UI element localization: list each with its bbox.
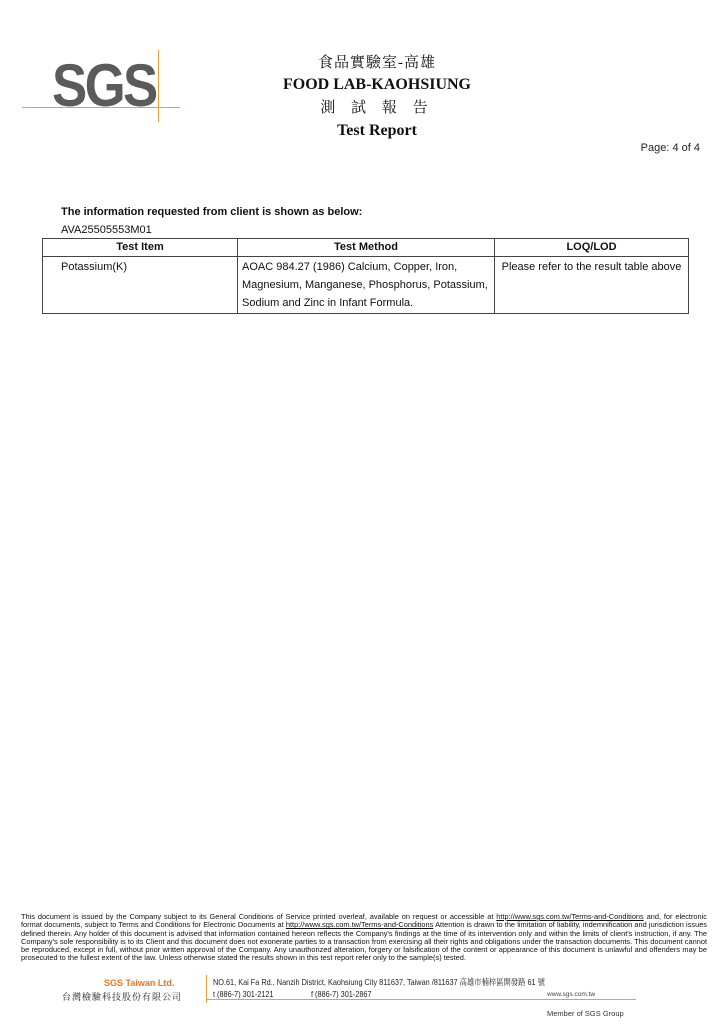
company-name-en: SGS Taiwan Ltd. — [104, 978, 174, 988]
company-name-cn: 台灣檢驗科技股份有限公司 — [62, 990, 182, 1003]
reference-number: AVA25505553M01 — [61, 224, 152, 236]
cell-loq-lod: Please refer to the result table above — [495, 257, 689, 314]
header-test-item: Test Item — [43, 239, 238, 257]
cell-test-method: AOAC 984.27 (1986) Calcium, Copper, Iron… — [238, 257, 495, 314]
report-header: 食品實驗室-高雄 FOOD LAB-KAOHSIUNG 測 試 報 告 Test… — [0, 52, 724, 142]
legal-disclaimer: This document is issued by the Company s… — [21, 913, 707, 963]
lab-name-en: FOOD LAB-KAOHSIUNG — [30, 74, 724, 96]
table-row: Potassium(K) AOAC 984.27 (1986) Calcium,… — [43, 257, 689, 314]
header-loq-lod: LOQ/LOD — [495, 239, 689, 257]
lab-name-cn: 食品實驗室-高雄 — [30, 52, 724, 74]
footer-divider-horizontal — [206, 999, 636, 1000]
member-of-group: Member of SGS Group — [547, 1009, 624, 1018]
info-label: The information requested from client is… — [61, 206, 362, 218]
table-header-row: Test Item Test Method LOQ/LOD — [43, 239, 689, 257]
company-website[interactable]: www.sgs.com.tw — [547, 991, 595, 998]
test-method-table: Test Item Test Method LOQ/LOD Potassium(… — [42, 238, 689, 314]
company-phone: t (886-7) 301-2121 — [213, 989, 274, 999]
report-title-cn: 測 試 報 告 — [30, 96, 724, 120]
report-title-en: Test Report — [30, 120, 724, 142]
company-address: NO.61, Kai Fa Rd., Nanzih District, Kaoh… — [213, 976, 545, 988]
page-number: Page: 4 of 4 — [641, 142, 700, 154]
header-test-method: Test Method — [238, 239, 495, 257]
cell-test-item: Potassium(K) — [43, 257, 238, 314]
company-fax: f (886-7) 301-2867 — [311, 989, 372, 999]
